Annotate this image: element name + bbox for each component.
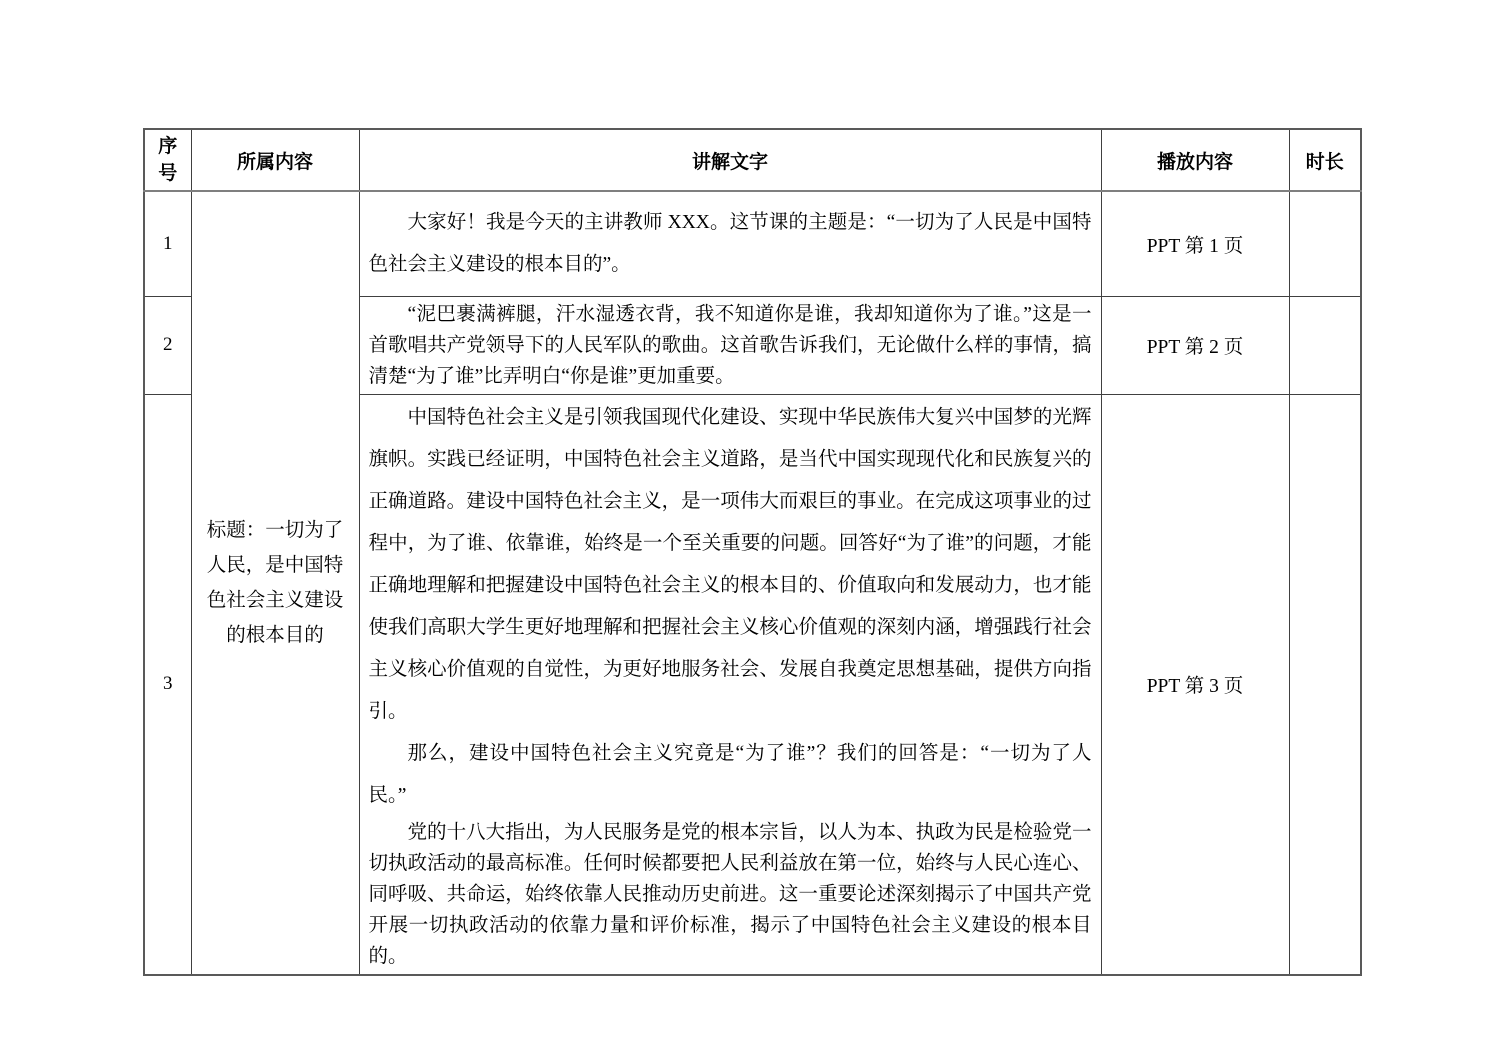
section-title-cell: 标题：一切为了人民，是中国特色社会主义建设的根本目的: [191, 191, 359, 975]
duration-cell: [1289, 296, 1361, 394]
narration-cell: 大家好！我是今天的主讲教师 XXX。这节课的主题是：“一切为了人民是中国特色社会…: [359, 191, 1101, 296]
duration-cell: [1289, 191, 1361, 296]
header-narration-text: 讲解文字: [359, 129, 1101, 191]
lecture-script-table: 序号 所属内容 讲解文字 播放内容 时长 1 标题：一切为了人民，是中国特色社会…: [143, 128, 1362, 976]
narration-paragraph: 那么，建设中国特色社会主义究竟是“为了谁”？我们的回答是：“一切为了人民。”: [369, 733, 1092, 817]
table-row: 1 标题：一切为了人民，是中国特色社会主义建设的根本目的 大家好！我是今天的主讲…: [144, 191, 1361, 296]
row-number: 1: [144, 191, 191, 296]
narration-cell: 中国特色社会主义是引领我国现代化建设、实现中华民族伟大复兴中国梦的光辉旗帜。实践…: [359, 394, 1101, 975]
header-seq-number: 序号: [144, 129, 191, 191]
header-duration: 时长: [1289, 129, 1361, 191]
narration-paragraph: 中国特色社会主义是引领我国现代化建设、实现中华民族伟大复兴中国梦的光辉旗帜。实践…: [369, 397, 1092, 733]
play-content-cell: PPT 第 3 页: [1101, 394, 1289, 975]
row-number: 3: [144, 394, 191, 975]
narration-paragraph: 党的十八大指出，为人民服务是党的根本宗旨，以人为本、执政为民是检验党一切执政活动…: [369, 817, 1092, 972]
narration-paragraph: “泥巴裹满裤腿，汗水湿透衣背，我不知道你是谁，我却知道你为了谁。”这是一首歌唱共…: [369, 299, 1092, 392]
row-number: 2: [144, 296, 191, 394]
duration-cell: [1289, 394, 1361, 975]
table-header-row: 序号 所属内容 讲解文字 播放内容 时长: [144, 129, 1361, 191]
narration-cell: “泥巴裹满裤腿，汗水湿透衣背，我不知道你是谁，我却知道你为了谁。”这是一首歌唱共…: [359, 296, 1101, 394]
document-page: 序号 所属内容 讲解文字 播放内容 时长 1 标题：一切为了人民，是中国特色社会…: [0, 0, 1497, 1059]
header-play-content: 播放内容: [1101, 129, 1289, 191]
header-section-content: 所属内容: [191, 129, 359, 191]
play-content-cell: PPT 第 1 页: [1101, 191, 1289, 296]
play-content-cell: PPT 第 2 页: [1101, 296, 1289, 394]
narration-paragraph: 大家好！我是今天的主讲教师 XXX。这节课的主题是：“一切为了人民是中国特色社会…: [369, 202, 1092, 286]
